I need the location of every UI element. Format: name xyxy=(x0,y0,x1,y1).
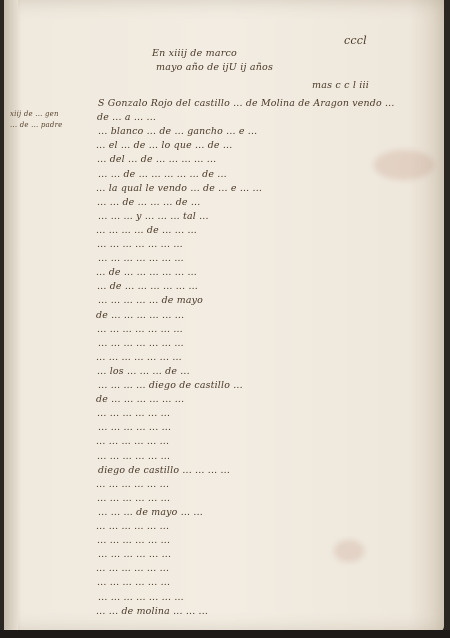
manuscript-line: ... de ... ... ... ... ... ... xyxy=(96,267,197,278)
manuscript-line: diego de castillo ... ... ... ... xyxy=(98,465,230,476)
manuscript-line: de ... ... ... ... ... ... xyxy=(96,310,184,321)
manuscript-line: ... blanco ... de ... gancho ... e ... xyxy=(98,126,257,137)
manuscript-line: ... ... ... ... ... ... xyxy=(96,436,169,447)
manuscript-line: ... ... ... ... ... ... xyxy=(98,549,171,560)
manuscript-line: de ... ... ... ... ... ... xyxy=(96,394,184,405)
folio-number: cccl xyxy=(344,34,367,47)
manuscript-line: ... ... ... ... ... ... xyxy=(97,451,170,462)
heading-line-2: mayo año de ijU ij años xyxy=(156,62,273,73)
manuscript-line: ... ... ... ... ... ... xyxy=(97,535,170,546)
manuscript-line: ... ... ... de mayo ... ... xyxy=(98,507,203,518)
margin-note-2: ... de ... padre xyxy=(10,121,62,129)
manuscript-line: ... ... ... ... ... de mayo xyxy=(98,295,203,306)
manuscript-line: ... ... ... ... ... ... xyxy=(96,563,169,574)
manuscript-line: ... ... ... ... ... ... ... xyxy=(98,253,184,264)
scan-edge xyxy=(0,630,450,638)
sub-heading: mas c c l iii xyxy=(312,80,369,91)
manuscript-page: cccl En xiiij de marco mayo año de ijU i… xyxy=(4,0,444,632)
ink-stain xyxy=(374,150,434,180)
manuscript-line: S Gonzalo Rojo del castillo ... de Molin… xyxy=(98,98,395,109)
manuscript-line: ... ... ... ... de ... ... ... xyxy=(96,225,197,236)
manuscript-line: ... ... ... y ... ... ... tal ... xyxy=(98,211,209,222)
manuscript-line: ... ... ... ... ... ... xyxy=(97,493,170,504)
manuscript-line: ... del ... de ... ... ... ... ... xyxy=(97,154,216,165)
manuscript-line: de ... a ... ... xyxy=(97,112,156,123)
manuscript-line: ... ... ... ... ... ... ... xyxy=(97,239,183,250)
ink-stain xyxy=(334,540,364,562)
manuscript-line: ... la qual le vendo ... de ... e ... ..… xyxy=(96,183,262,194)
manuscript-line: ... ... ... ... ... ... xyxy=(98,422,171,433)
manuscript-line: ... ... de ... ... ... de ... xyxy=(97,197,200,208)
manuscript-line: ... ... ... ... ... ... ... xyxy=(96,352,182,363)
margin-note-1: xiij de ... gen xyxy=(10,110,59,118)
binding-gutter xyxy=(4,0,18,632)
manuscript-line: ... el ... de ... lo que ... de ... xyxy=(96,140,232,151)
manuscript-line: ... ... ... ... ... ... xyxy=(96,479,169,490)
manuscript-line: ... ... ... ... ... ... ... xyxy=(97,324,183,335)
manuscript-line: ... ... ... ... ... ... ... xyxy=(98,338,184,349)
heading-line-1: En xiiij de marco xyxy=(152,48,237,59)
manuscript-line: ... de ... ... ... ... ... ... xyxy=(97,281,198,292)
manuscript-line: ... ... de molina ... ... ... xyxy=(96,606,208,617)
manuscript-line: ... ... ... ... diego de castillo ... xyxy=(98,380,243,391)
manuscript-line: ... ... ... ... ... ... xyxy=(96,521,169,532)
manuscript-line: ... los ... ... ... de ... xyxy=(97,366,190,377)
manuscript-line: ... ... de ... ... ... ... ... de ... xyxy=(98,169,227,180)
manuscript-line: ... ... ... ... ... ... xyxy=(97,408,170,419)
manuscript-line: ... ... ... ... ... ... xyxy=(97,577,170,588)
manuscript-line: ... ... ... ... ... ... ... xyxy=(98,592,184,603)
